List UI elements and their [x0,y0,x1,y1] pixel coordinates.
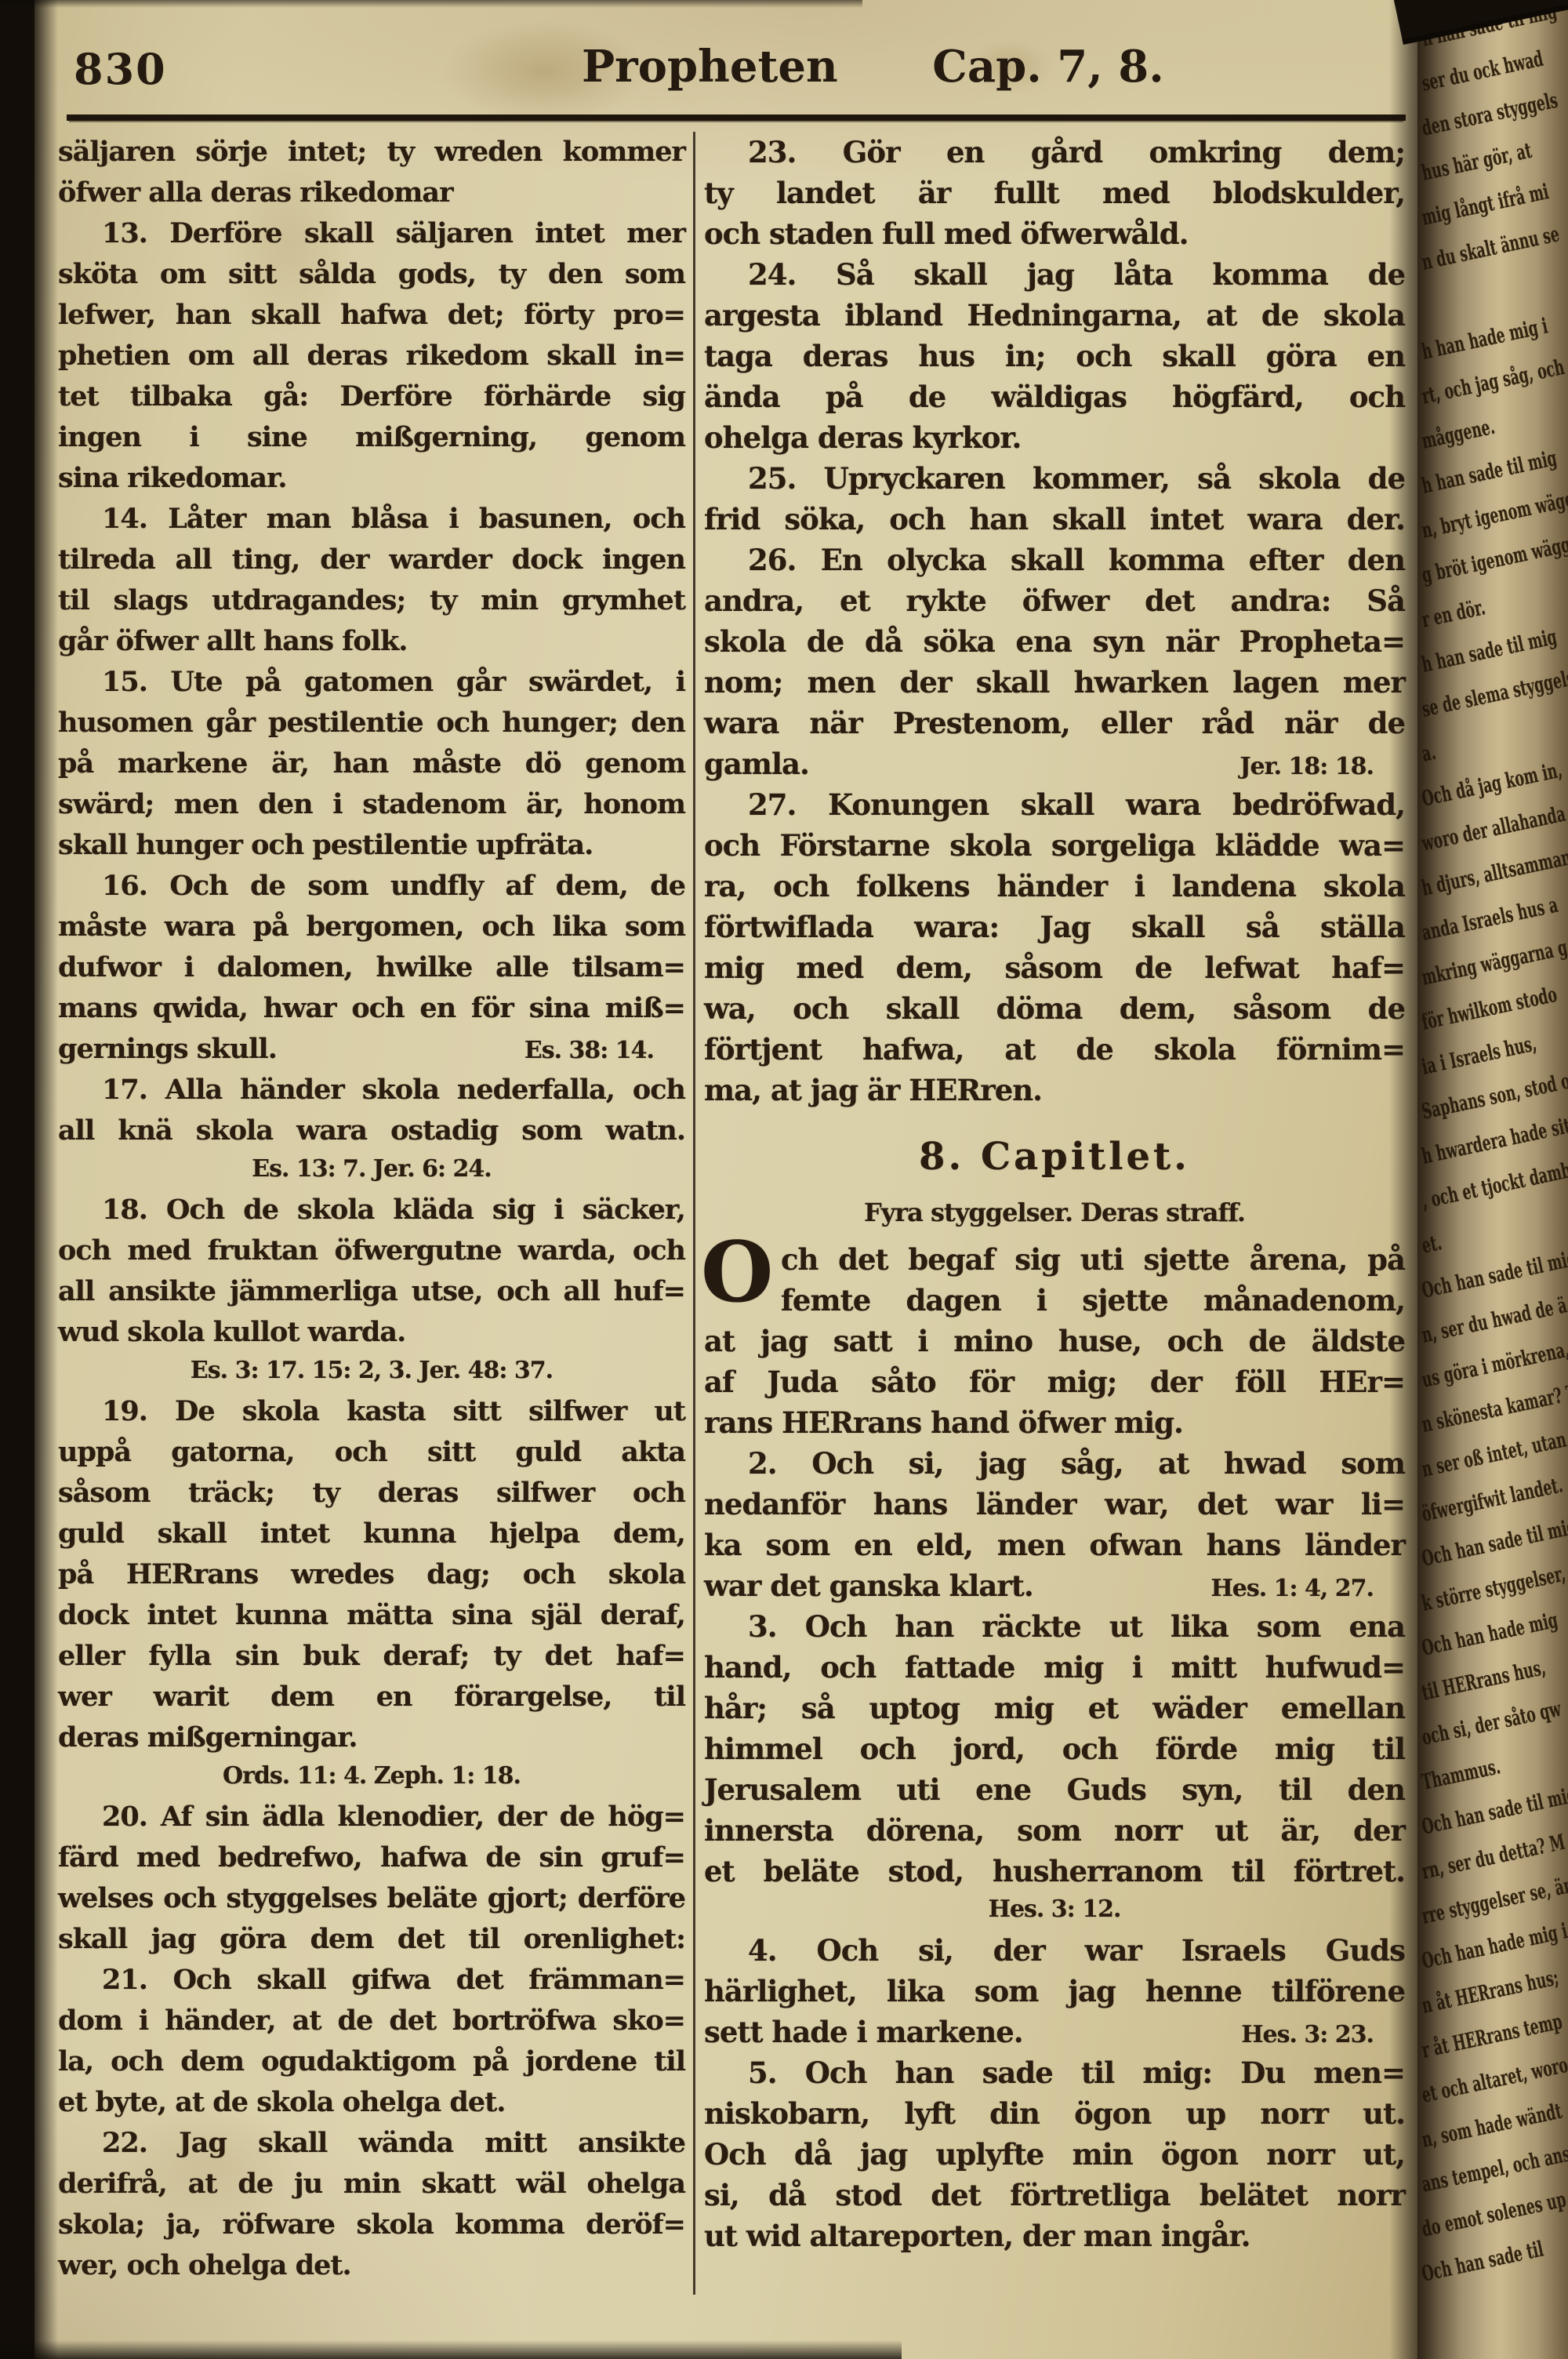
text-line: 18. Och de skola kläda sig i säcker, [58,1190,685,1230]
text-line: sköta om sitt sålda gods, ty den som [58,254,685,295]
verse-reference: Jer. 18: 18. [1240,747,1405,787]
running-title: Propheten [582,41,817,93]
text-line: wara när Prestenom, eller råd när de [704,703,1405,743]
text-line: war det ganska klart.Hes. 1: 4, 27. [704,1565,1405,1606]
adjacent-page-text: h han sade til migser du ock hwadden sto… [1422,17,1568,2297]
text-line: innersta dörena, som norr ut är, der [704,1810,1405,1851]
page-number: 830 [74,44,167,94]
text-line: 4. Och si, der war Israels Guds [704,1930,1405,1971]
text-line: 25. Upryckaren kommer, så skola de [704,458,1405,499]
text-line: Och då jag uplyfte min ögon norr ut, [704,2134,1405,2175]
text-line: uppå gatorna, och sitt guld akta [58,1432,685,1473]
text-line: skall jag göra dem det til orenlighet: [58,1919,685,1960]
text-line: 5. Och han sade til mig: Du men= [704,2052,1405,2093]
text-line: femte dagen i sjette månadenom, [704,1280,1405,1321]
text-line: wer, och ohelga det. [58,2245,685,2286]
text-line: 20. Af sin ädla klenodier, der de hög= [58,1797,685,1837]
text-line: Es. 3: 17. 15: 2, 3. Jer. 48: 37. [58,1353,685,1391]
text-line: dufwor i dalomen, hwilke alle tilsam= [58,947,685,988]
text-line: dock intet kunna mätta sina själ deraf, [58,1595,685,1636]
text-line: gernings skull.Es. 38: 14. [58,1029,685,1070]
text-line: förtwiflada wara: Jag skall så ställa [704,907,1405,947]
text-line: til slags utdragandes; ty min grymhet [58,580,685,621]
text-line: all knä skola wara ostadig som watn. [58,1110,685,1151]
text-line: förtjent hafwa, at de skola förnim= [704,1029,1405,1070]
text-line: färd med bedrefwo, hafwa de sin gruf= [58,1837,685,1878]
text-line: rans HERrans hand öfwer mig. [704,1402,1405,1443]
text-line: mans qwida, hwar och en för sina miß= [58,988,685,1029]
text-line: 24. Så skall jag låta komma de [704,254,1405,295]
text-line: welses och styggelses beläte gjort; derf… [58,1878,685,1919]
text-line: hår; så uptog mig et wäder emellan [704,1688,1405,1728]
text-line: 14. Låter man blåsa i basunen, och [58,499,685,540]
text-line: Ords. 11: 4. Zeph. 1: 18. [58,1758,685,1797]
text-line: all ansikte jämmerliga utse, och all huf… [58,1271,685,1312]
text-line: ty landet är fullt med blodskulder, [704,173,1405,213]
text-line: andra, et rykte öfwer det andra: Så [704,580,1405,621]
line-text: sett hade i markene. [704,2012,1023,2052]
text-line: hand, och fattade mig i mitt hufwud= [704,1647,1405,1688]
text-line: och Förstarne skola sorgeliga klädde wa= [704,825,1405,866]
verse-reference: Hes. 3: 23. [1241,2015,1405,2055]
text-line: gamla.Jer. 18: 18. [704,743,1405,784]
line-text: war det ganska klart. [704,1565,1033,1606]
text-line: ka som en eld, men ofwan hans länder [704,1525,1405,1565]
text-line: 23. Gör en gård omkring dem; [704,132,1405,173]
right-column: 23. Gör en gård omkring dem;ty landet är… [704,132,1405,2256]
text-line: härlighet, lika som jag henne tilförene [704,1971,1405,2012]
text-line: ända på de wäldigas högfärd, och [704,376,1405,417]
verse-reference: Hes. 1: 4, 27. [1210,1568,1405,1609]
text-line: Hes. 3: 12. [704,1892,1405,1930]
text-line: tet tilbaka gå: Derföre förhärde sig [58,376,685,417]
text-line: lefwer, han skall hafwa det; förty pro= [58,295,685,336]
text-line: och staden full med öfwerwåld. [704,213,1405,254]
text-line: 26. En olycka skall komma efter den [704,540,1405,580]
text-line: wa, och skall döma dem, såsom de [704,988,1405,1029]
page: 830 Propheten Cap. 7, 8. säljaren sörje … [34,0,1421,2359]
text-line: ohelga deras kyrkor. [704,417,1405,458]
text-line: 15. Ute på gatomen går swärdet, i [58,662,685,703]
text-line: sina rikedomar. [58,458,685,499]
text-line: la, och dem ogudaktigom på jordene til [58,2041,685,2082]
header-rule [67,114,1406,121]
text-line: wud skola kullot warda. [58,1312,685,1353]
text-line: Jerusalem uti ene Guds syn, til den [704,1769,1405,1810]
left-edge-shadow [0,0,58,2359]
text-line: nedanför hans länder war, det war li= [704,1484,1405,1525]
text-line: säljaren sörje intet; ty wreden kommer [58,132,685,173]
text-line: et byte, at de skola ohelga det. [58,2082,685,2123]
text-line: argesta ibland Hedningarna, at de skola [704,295,1405,336]
text-line: skola; ja, röfware skola komma deröf= [58,2205,685,2245]
bottom-edge-shadow [0,2340,902,2359]
text-line: 16. Och de som undfly af dem, de [58,866,685,907]
left-column: säljaren sörje intet; ty wreden kommeröf… [58,132,685,2286]
text-line: på markene är, han måste dö genom [58,743,685,784]
text-line: öfwer alla deras rikedomar [58,173,685,213]
adjacent-page-edge: h han sade til migser du ock hwadden sto… [1417,0,1568,2359]
line-text: gernings skull. [58,1029,277,1070]
text-line: Es. 13: 7. Jer. 6: 24. [58,1151,685,1190]
text-line: husomen går pestilentie och hunger; den [58,703,685,743]
text-line: taga deras hus in; och skall göra en [704,336,1405,376]
text-line: dom i händer, at de det bortröfwa sko= [58,2001,685,2041]
text-line: ra, och folkens händer i landena skola [704,866,1405,907]
column-divider [693,132,695,2295]
running-chapter: Cap. 7, 8. [931,41,1166,93]
text-line: si, då stod det förtretliga belätet norr [704,2175,1405,2215]
text-line: ma, at jag är HERren. [704,1070,1405,1110]
text-line: et beläte stod, husherranom til förtret. [704,1851,1405,1892]
text-line: swärd; men den i stadenom är, honom [58,784,685,825]
text-line: 2. Och si, jag såg, at hwad som [704,1443,1405,1484]
text-line: niskobarn, lyft din ögon up norr ut. [704,2093,1405,2134]
text-line: 13. Derföre skall säljaren intet mer [58,213,685,254]
text-line: 19. De skola kasta sitt silfwer ut [58,1391,685,1432]
top-edge-shadow [0,0,862,8]
text-line: eller fylla sin buk deraf; ty det haf= [58,1636,685,1677]
text-line: och med fruktan öfwergutne warda, och [58,1230,685,1271]
text-line: måste wara på bergomen, och lika som [58,907,685,947]
text-line: deras mißgerningar. [58,1717,685,1758]
text-line: sett hade i markene.Hes. 3: 23. [704,2012,1405,2052]
text-line: såsom träck; ty deras silfwer och [58,1473,685,1514]
text-line: 17. Alla händer skola nederfalla, och [58,1070,685,1110]
book-photo: 830 Propheten Cap. 7, 8. säljaren sörje … [0,0,1568,2359]
text-line: at jag satt i mino huse, och de äldste [704,1321,1405,1361]
text-line: går öfwer allt hans folk. [58,621,685,662]
text-line: frid söka, och han skall intet wara der. [704,499,1405,540]
text-line: ingen i sine mißgerning, genom [58,417,685,458]
text-line: af Juda såto för mig; der föll HEr= [704,1361,1405,1402]
text-line: 21. Och skall gifwa det främman= [58,1960,685,2001]
text-line: mig med dem, såsom de lefwat haf= [704,947,1405,988]
text-line: ut wid altareporten, der man ingår. [704,2215,1405,2256]
text-line: guld skall intet kunna hjelpa dem, [58,1514,685,1554]
text-line: tilreda all ting, der warder dock ingen [58,540,685,580]
text-line: skall hunger och pestilentie upfräta. [58,825,685,866]
line-text: gamla. [704,743,809,784]
text-line: derifrå, at de ju min skatt wäl ohelga [58,2164,685,2205]
text-line: 8. Capitlet. [704,1110,1405,1189]
text-line: 27. Konungen skall wara bedröfwad, [704,784,1405,825]
text-line: skola de då söka ena syn när Propheta= [704,621,1405,662]
text-line: 22. Jag skall wända mitt ansikte [58,2123,685,2164]
text-line: phetien om all deras rikedom skall in= [58,336,685,376]
verse-reference: Es. 38: 14. [524,1030,685,1071]
text-line: himmel och jord, och förde mig til [704,1728,1405,1769]
text-line: ch det begaf sig uti sjette årena, påO [704,1239,1405,1280]
text-line: på HERrans wredes dag; och skola [58,1554,685,1595]
text-line: nom; men der skall hwarken lagen mer [704,662,1405,703]
text-line: 3. Och han räckte ut lika som ena [704,1606,1405,1647]
text-line: wer warit dem en förargelse, til [58,1677,685,1717]
text-line: Fyra styggelser. Deras straff. [704,1189,1405,1239]
